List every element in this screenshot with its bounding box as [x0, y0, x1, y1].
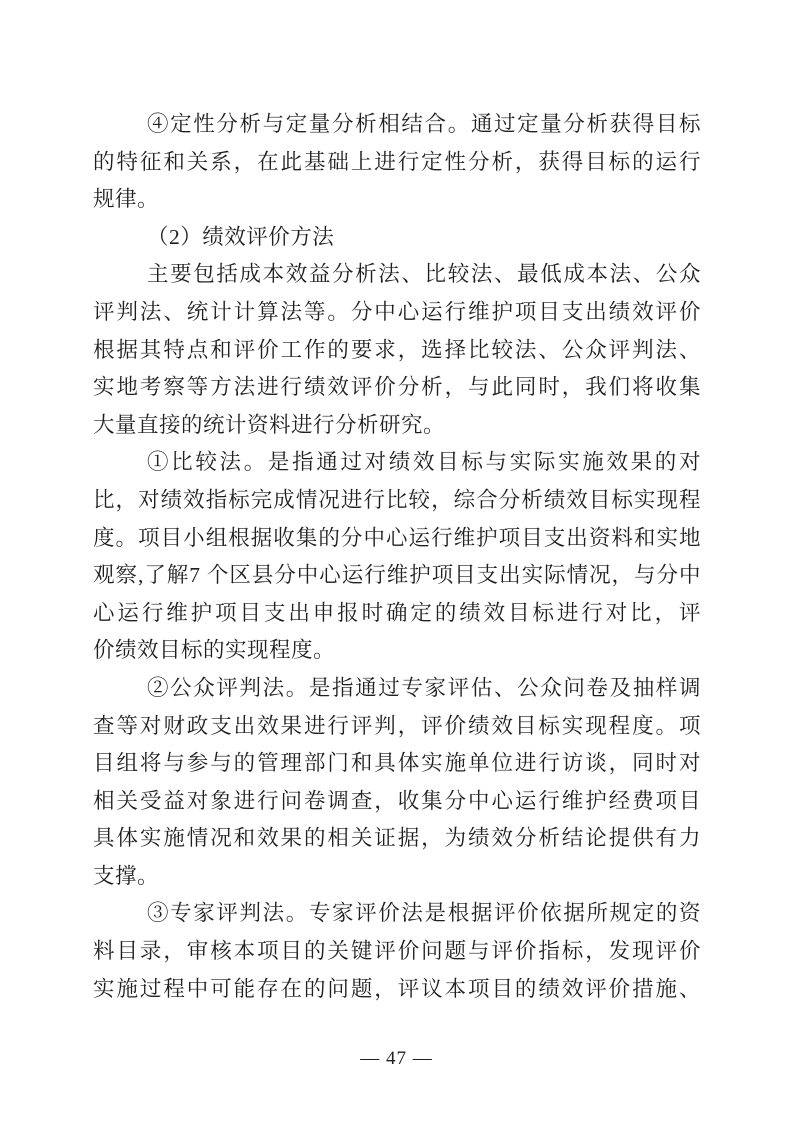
text-line: 观察,了解7 个区县分中心运行维护项目支出实际情况，与分中 [93, 557, 701, 595]
text-line: 相关受益对象进行问卷调查，收集分中心运行维护经费项目 [93, 783, 701, 821]
page-number: — 47 — [0, 1044, 793, 1074]
text-line: ①比较法。是指通过对绩效目标与实际实施效果的对 [93, 444, 701, 482]
text-line: 料目录，审核本项目的关键评价问题与评价指标，发现评价 [93, 933, 701, 971]
text-line: 价绩效目标的实现程度。 [93, 632, 701, 670]
text-line: 实地考察等方法进行绩效评价分析，与此同时，我们将收集 [93, 369, 701, 407]
text-line: 的特征和关系，在此基础上进行定性分析，获得目标的运行 [93, 144, 701, 182]
text-line: 根据其特点和评价工作的要求，选择比较法、公众评判法、 [93, 332, 701, 370]
text-line: 度。项目小组根据收集的分中心运行维护项目支出资料和实地 [93, 520, 701, 558]
document-page: ④定性分析与定量分析相结合。通过定量分析获得目标的特征和关系，在此基础上进行定性… [0, 0, 793, 1122]
text-line: 比，对绩效指标完成情况进行比较，综合分析绩效目标实现程 [93, 482, 701, 520]
text-line: 查等对财政支出效果进行评判，评价绩效目标实现程度。项 [93, 708, 701, 746]
text-line: 评判法、统计计算法等。分中心运行维护项目支出绩效评价 [93, 294, 701, 332]
text-line: 具体实施情况和效果的相关证据，为绩效分析结论提供有力 [93, 820, 701, 858]
text-line: ②公众评判法。是指通过专家评估、公众问卷及抽样调 [93, 670, 701, 708]
text-line: 心运行维护项目支出申报时确定的绩效目标进行对比，评 [93, 595, 701, 633]
text-line: 大量直接的统计资料进行分析研究。 [93, 407, 701, 445]
text-line: （2）绩效评价方法 [93, 219, 701, 257]
text-line: ③专家评判法。专家评价法是根据评价依据所规定的资 [93, 895, 701, 933]
text-line: 规律。 [93, 181, 701, 219]
document-lines: ④定性分析与定量分析相结合。通过定量分析获得目标的特征和关系，在此基础上进行定性… [93, 106, 701, 1008]
text-line: 目组将与参与的管理部门和具体实施单位进行访谈，同时对 [93, 745, 701, 783]
text-line: 实施过程中可能存在的问题，评议本项目的绩效评价措施、 [93, 971, 701, 1009]
text-line: 主要包括成本效益分析法、比较法、最低成本法、公众 [93, 256, 701, 294]
text-line: 支撑。 [93, 858, 701, 896]
text-line: ④定性分析与定量分析相结合。通过定量分析获得目标 [93, 106, 701, 144]
